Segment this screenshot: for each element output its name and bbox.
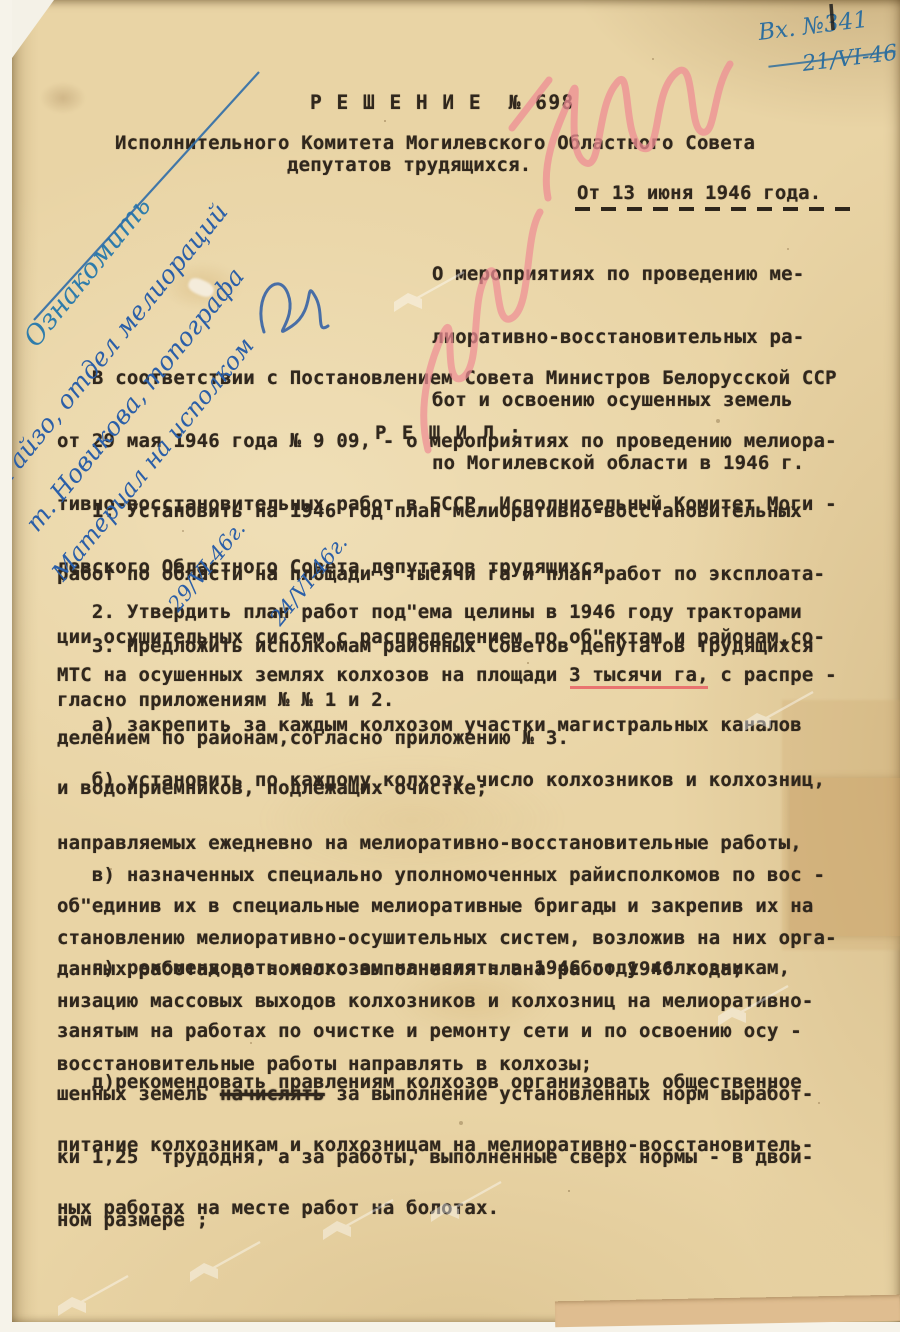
subitem-g-line: г) рекомендовать колхозам начислять в 19… [57,958,814,979]
archive-watermark-icon [737,688,817,738]
subitem-d-line: питание колхозникам и колхозницам на мел… [57,1135,814,1156]
subitem-v-line: в) назначенных специально уполномоченных… [57,865,837,886]
scan-backing-left [0,0,12,1332]
scan-backing-bottom [0,1322,900,1332]
subitem-b-line: б) установить по каждому колхозу число к… [57,770,825,791]
subitem-d-line: д)рекомендовать правлениям колхозов орга… [57,1072,814,1093]
subject-line: О мероприятиях по проведению ме- [432,264,804,285]
archive-watermark-icon [317,1196,397,1246]
torn-corner [12,0,54,58]
item-3-line: 3. Предложить исполкомам районных Совето… [57,636,814,657]
archive-watermark-icon [712,982,792,1032]
issuing-body-line-1: Исполнительного Комитета Могилевского Об… [115,133,755,154]
incoming-stamp-date: 21/VI-46 [801,41,899,77]
paper-sheet: Р Е Ш Е Н И Е № 698 Исполнительного Коми… [12,0,900,1322]
red-pencil-mark [546,64,730,198]
archive-watermark-icon [52,1272,132,1322]
document-date: От 13 июня 1946 года. [577,183,821,204]
archive-watermark-icon [184,1238,264,1288]
dashed-rule [575,207,853,211]
archive-watermark-icon [388,268,468,318]
scanned-document-page: Р Е Ш Е Н И Е № 698 Исполнительного Коми… [0,0,900,1332]
signature-scribble [261,284,328,332]
resolution-heading: Р Е Ш И Л : [375,423,523,444]
archive-watermark-icon [425,1178,505,1228]
stain [40,82,86,114]
item-1-line: 1. Установить на 1946 год план мелиорати… [57,501,825,522]
incoming-stamp-number: Вх. №341 [757,7,870,46]
issuing-body-line-2: депутатов трудящихся. [287,155,531,176]
document-title: Р Е Ш Е Н И Е № 698 [310,92,575,113]
